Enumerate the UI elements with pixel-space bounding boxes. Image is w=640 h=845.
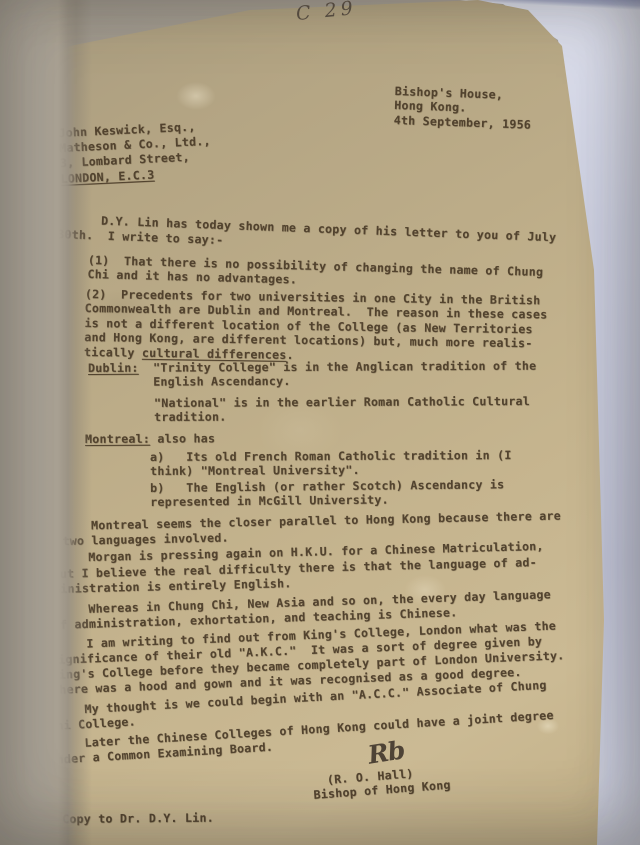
letter-text-layer: Bishop's House,Hong Kong.4th September, …: [0, 0, 640, 845]
letter-block-para1: D.Y. Lin has today shown me a copy of hi…: [57, 212, 557, 260]
letter-block-morgan: Morgan is pressing again on H.K.U. for a…: [52, 539, 545, 597]
letter-line: Dublin: "Trinity College" is in the Angl…: [88, 359, 536, 376]
letter-line: a) Its old French Roman Catholic traditi…: [150, 448, 512, 464]
letter-line: English Ascendancy.: [88, 373, 536, 390]
letter-line: Montreal: also has: [85, 431, 215, 446]
letter-line: tradition.: [154, 408, 530, 424]
letter-line: think) "Montreal University".: [150, 462, 512, 478]
page-curl-overlay: [0, 0, 92, 845]
letter-line: represented in McGill University.: [150, 492, 504, 510]
letter-block-signoff: (R. O. Hall)Bishop of Hong Kong: [312, 764, 451, 803]
letter-block-heading: Bishop's House,Hong Kong.4th September, …: [393, 84, 532, 132]
letter-block-montreal: Montreal: also has: [85, 431, 215, 446]
photo-background: Bishop's House,Hong Kong.4th September, …: [0, 0, 640, 845]
letter-block-national: "National" is in the earlier Roman Catho…: [154, 394, 530, 425]
signature-initials: Rb: [366, 735, 406, 769]
letter-block-dublin: Dublin: "Trinity College" is in the Angl…: [88, 359, 536, 390]
letter-line: "National" is in the earlier Roman Catho…: [154, 394, 530, 410]
letter-block-montreal_a: a) Its old French Roman Catholic traditi…: [150, 448, 512, 479]
letter-block-point2: (2) Precedents for two universities in o…: [84, 287, 548, 365]
letter-block-montreal_b: b) The English (or rather Scotch) Ascend…: [150, 477, 505, 509]
